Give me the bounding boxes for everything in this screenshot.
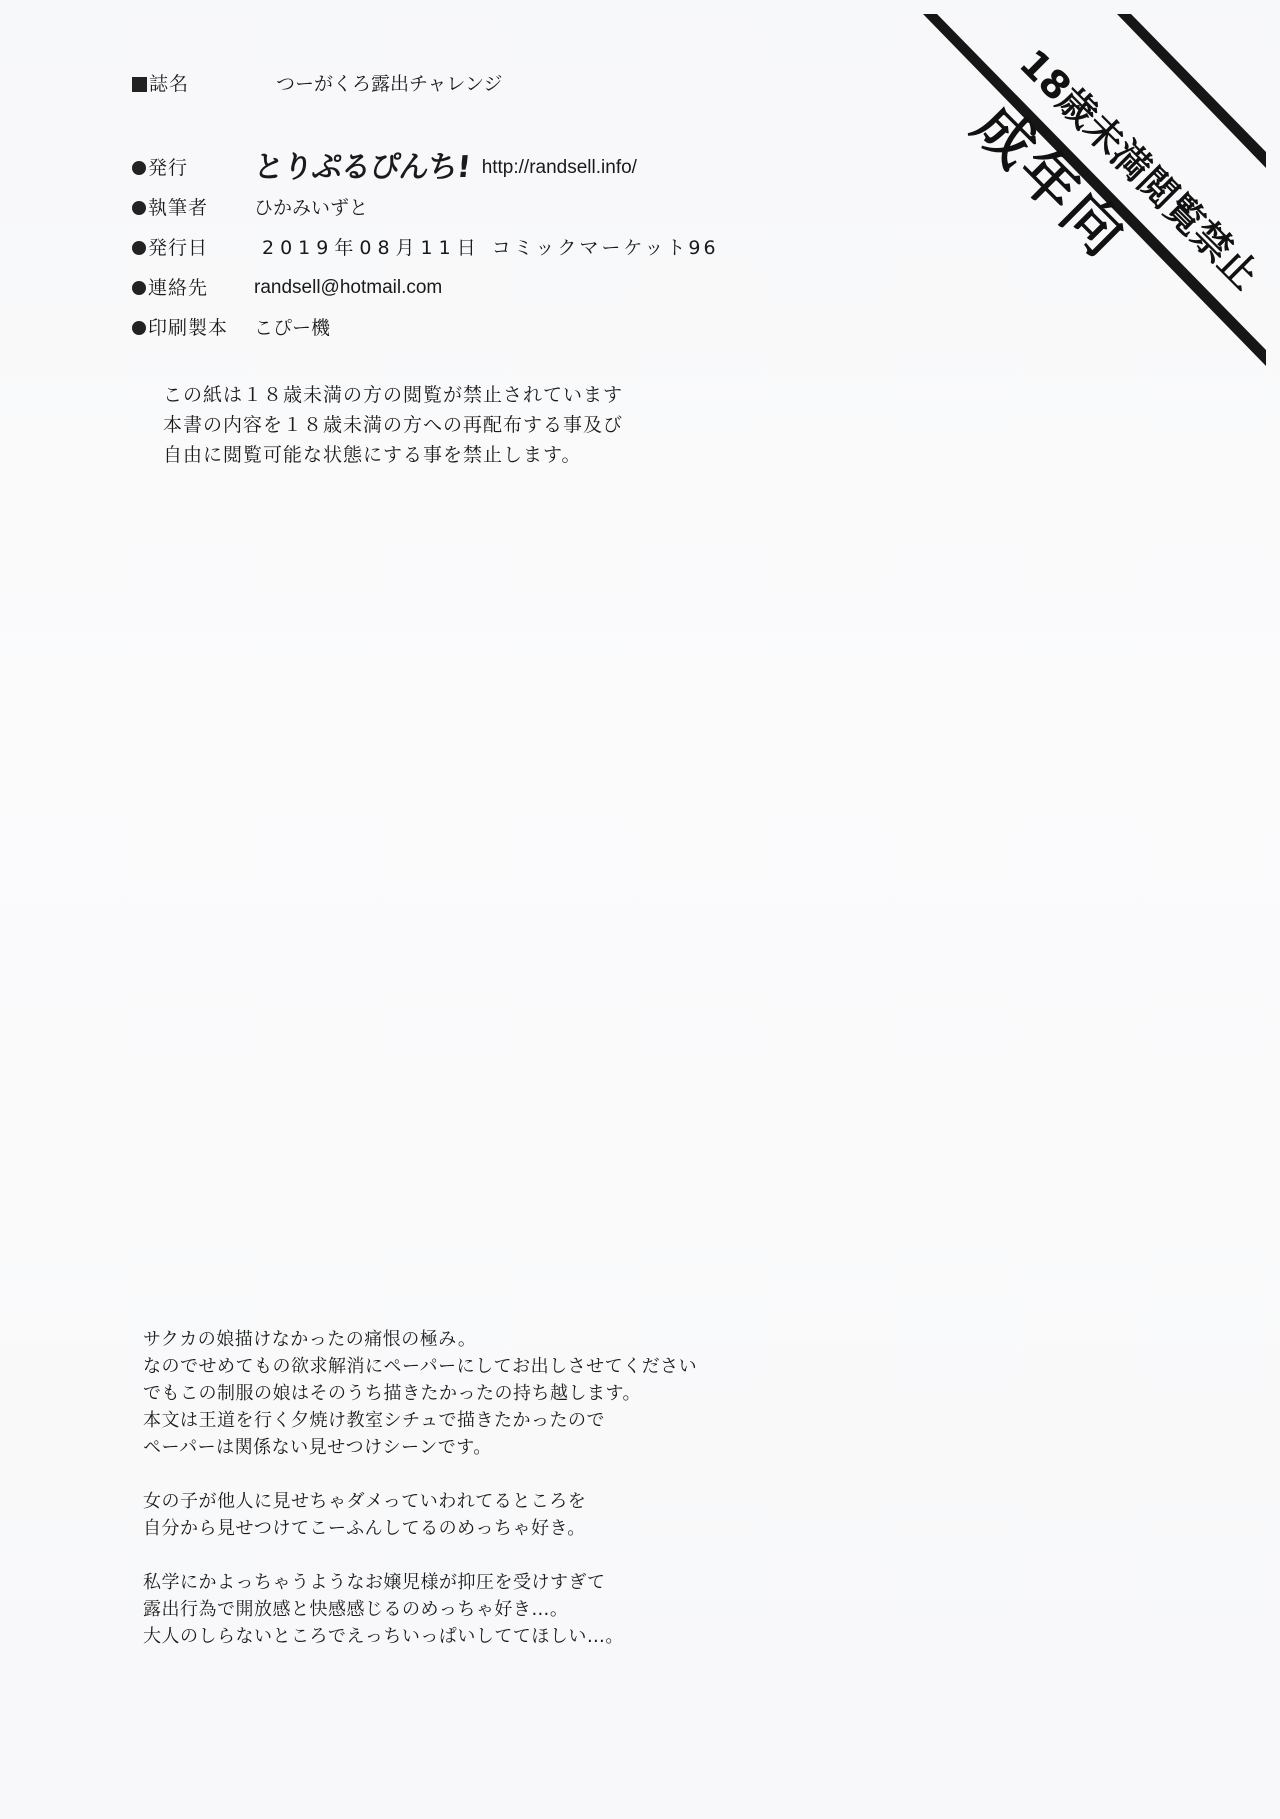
author-value: ひかみいずと: [254, 196, 368, 220]
title-value: つーがくろ露出チャレンジ: [276, 72, 502, 96]
colophon-row-title: 誌名 つーがくろ露出チャレンジ: [132, 72, 502, 96]
circle-bullet-icon: [132, 201, 146, 215]
circle-bullet-icon: [132, 321, 146, 335]
printing-label-wrap: 印刷製本: [132, 316, 254, 340]
afterword: サクカの娘描けなかったの痛恨の極み。 なのでせめてもの欲求解消にペーパーにしてお…: [143, 1326, 697, 1677]
circle-bullet-icon: [132, 241, 146, 255]
afterword-line: 女の子が他人に見せちゃダメっていわれてるところを: [143, 1488, 697, 1515]
colophon-row-printing: 印刷製本 こぴー機: [132, 316, 330, 340]
printing-label: 印刷製本: [148, 316, 228, 340]
colophon-row-publisher: 発行 とりぷるぴんち! http://randsell.info/: [132, 156, 637, 180]
afterword-paragraph: 女の子が他人に見せちゃダメっていわれてるところを 自分から見せつけてこーふんして…: [143, 1488, 697, 1542]
afterword-line: 露出行為で開放感と快感感じるのめっちゃ好き…。: [143, 1596, 697, 1623]
publisher-url: http://randsell.info/: [482, 156, 637, 180]
publisher-label: 発行: [148, 156, 188, 180]
colophon-row-contact: 連絡先 randsell@hotmail.com: [132, 276, 442, 300]
colophon-row-author: 執筆者 ひかみいずと: [132, 196, 368, 220]
circle-logo: とりぷるぴんち!: [253, 156, 471, 180]
afterword-line: サクカの娘描けなかったの痛恨の極み。: [143, 1326, 697, 1353]
circle-bullet-icon: [132, 281, 146, 295]
date-label: 発行日: [148, 236, 208, 260]
date-label-wrap: 発行日: [132, 236, 254, 260]
contact-label: 連絡先: [148, 276, 208, 300]
printing-value: こぴー機: [254, 316, 330, 340]
scanned-page: 誌名 つーがくろ露出チャレンジ 発行 とりぷるぴんち! http://rands…: [0, 0, 1280, 1819]
colophon-row-date: 発行日 2019年08月11日 コミックマーケット96: [132, 236, 719, 260]
notice-line: 自由に閲覧可能な状態にする事を禁止します。: [163, 440, 623, 470]
notice-line: この紙は１８歳未満の方の閲覧が禁止されています: [163, 380, 623, 410]
author-label: 執筆者: [148, 196, 208, 220]
date-value: 2019年08月11日: [262, 236, 482, 260]
age-restriction-notice: この紙は１８歳未満の方の閲覧が禁止されています 本書の内容を１８歳未満の方への再…: [163, 380, 623, 470]
afterword-line: でもこの制服の娘はそのうち描きたかったの持ち越します。: [143, 1380, 697, 1407]
contact-email: randsell@hotmail.com: [254, 276, 442, 300]
afterword-line: 自分から見せつけてこーふんしてるのめっちゃ好き。: [143, 1515, 697, 1542]
contact-label-wrap: 連絡先: [132, 276, 254, 300]
banner-sub-text: 18歳未満閲覧禁止: [1013, 43, 1265, 295]
afterword-line: 本文は王道を行く夕焼け教室シチュで描きたかったので: [143, 1407, 697, 1434]
square-bullet-icon: [132, 77, 147, 92]
title-label: 誌名: [149, 72, 189, 96]
notice-line: 本書の内容を１８歳未満の方への再配布する事及び: [163, 410, 623, 440]
afterword-line: 私学にかよっちゃうようなお嬢児様が抑圧を受けすぎて: [143, 1569, 697, 1596]
title-label-wrap: 誌名: [132, 72, 254, 96]
afterword-line: なのでせめてもの欲求解消にペーパーにしてお出しさせてください: [143, 1353, 697, 1380]
afterword-line: 大人のしらないところでえっちいっぱいしててほしい…。: [143, 1623, 697, 1650]
afterword-paragraph: サクカの娘描けなかったの痛恨の極み。 なのでせめてもの欲求解消にペーパーにしてお…: [143, 1326, 697, 1461]
author-label-wrap: 執筆者: [132, 196, 254, 220]
banner-main-text: 成年向: [964, 95, 1137, 268]
afterword-paragraph: 私学にかよっちゃうようなお嬢児様が抑圧を受けすぎて 露出行為で開放感と快感感じる…: [143, 1569, 697, 1650]
event-name: コミックマーケット96: [492, 236, 719, 260]
afterword-line: ペーパーは関係ない見せつけシーンです。: [143, 1434, 697, 1461]
circle-bullet-icon: [132, 161, 146, 175]
publisher-label-wrap: 発行: [132, 156, 254, 180]
